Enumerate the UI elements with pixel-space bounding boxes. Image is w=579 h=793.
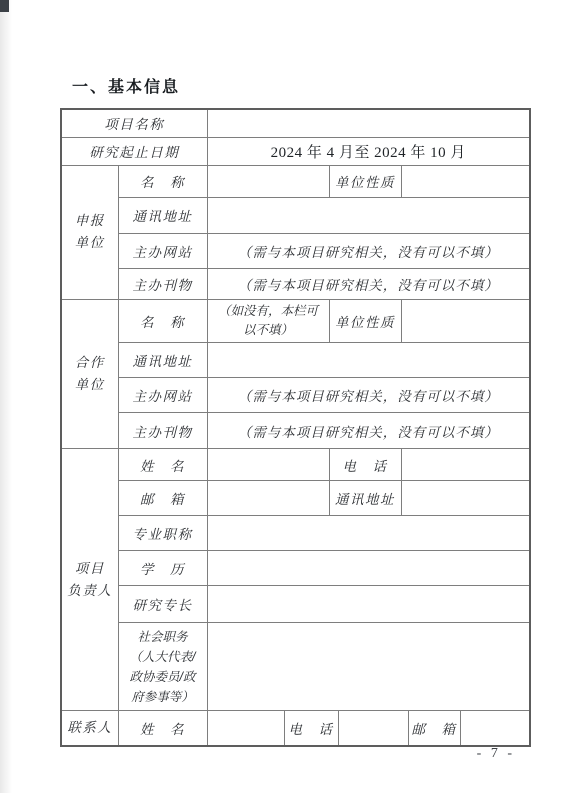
row-leader-specialty: 研究专长: [61, 586, 530, 623]
row-partner-address: 通讯地址: [61, 343, 530, 378]
applicant-publication-hint: （需与本项目研究相关，没有可以不填）: [207, 268, 530, 299]
section-title: 一、基本信息: [72, 74, 180, 97]
partner-group-line1: 合作: [65, 352, 115, 374]
contact-email-value-cell: [460, 711, 530, 746]
leader-group-label: 项目 负责人: [61, 449, 118, 711]
applicant-unit-nature-label: 单位性质: [329, 165, 401, 197]
research-period-label: 研究起止日期: [61, 137, 207, 165]
leader-name-value-cell: [207, 449, 329, 481]
applicant-group-label: 申报 单位: [61, 165, 118, 299]
applicant-group-line2: 单位: [65, 232, 115, 254]
partner-address-label: 通讯地址: [118, 343, 207, 378]
applicant-address-label: 通讯地址: [118, 197, 207, 233]
row-contact: 联系人 姓 名 电 话 邮 箱: [61, 711, 530, 746]
partner-name-hint-line1: （如没有，本栏可: [211, 302, 326, 321]
leader-email-value-cell: [207, 481, 329, 516]
partner-group-label: 合作 单位: [61, 299, 118, 449]
row-leader-email: 邮 箱 通讯地址: [61, 481, 530, 516]
partner-group-line2: 单位: [65, 374, 115, 396]
leader-specialty-label: 研究专长: [118, 586, 207, 623]
partner-name-hint-line2: 以不填）: [211, 321, 326, 340]
leader-address-label: 通讯地址: [329, 481, 401, 516]
project-name-label: 项目名称: [61, 109, 207, 137]
row-partner-publication: 主办刊物 （需与本项目研究相关，没有可以不填）: [61, 413, 530, 449]
applicant-name-value-cell: [207, 165, 329, 197]
leader-phone-label: 电 话: [329, 449, 401, 481]
applicant-website-label: 主办网站: [118, 233, 207, 268]
applicant-publication-label: 主办刊物: [118, 268, 207, 299]
applicant-website-hint: （需与本项目研究相关，没有可以不填）: [207, 233, 530, 268]
contact-group-label: 联系人: [61, 711, 118, 746]
scan-artifact-corner: [0, 0, 9, 12]
partner-name-label: 名 称: [118, 299, 207, 343]
row-applicant-website: 主办网站 （需与本项目研究相关，没有可以不填）: [61, 233, 530, 268]
row-leader-name: 项目 负责人 姓 名 电 话: [61, 449, 530, 481]
applicant-unit-nature-value-cell: [401, 165, 530, 197]
leader-social-line3: 政协委员/政: [122, 667, 204, 687]
leader-specialty-value-cell: [207, 586, 530, 623]
partner-unit-nature-label: 单位性质: [329, 299, 401, 343]
leader-phone-value-cell: [401, 449, 530, 481]
research-period-value: 2024 年 4 月至 2024 年 10 月: [207, 137, 530, 165]
leader-social-line1: 社会职务: [122, 627, 204, 647]
leader-education-value-cell: [207, 551, 530, 586]
partner-publication-label: 主办刊物: [118, 413, 207, 449]
contact-name-value-cell: [207, 711, 284, 746]
row-project-name: 项目名称: [61, 109, 530, 137]
partner-unit-nature-value-cell: [401, 299, 530, 343]
leader-name-label: 姓 名: [118, 449, 207, 481]
basic-info-table: 项目名称 研究起止日期 2024 年 4 月至 2024 年 10 月 申报 单…: [60, 108, 531, 747]
leader-social-label: 社会职务 （人大代表/ 政协委员/政 府参事等）: [118, 623, 207, 711]
leader-education-label: 学 历: [118, 551, 207, 586]
page-number: - 7 -: [477, 746, 515, 762]
contact-phone-label: 电 话: [284, 711, 338, 746]
partner-address-value-cell: [207, 343, 530, 378]
leader-group-line2: 负责人: [65, 580, 115, 602]
leader-social-line4: 府参事等）: [122, 687, 204, 707]
leader-email-label: 邮 箱: [118, 481, 207, 516]
row-research-period: 研究起止日期 2024 年 4 月至 2024 年 10 月: [61, 137, 530, 165]
row-applicant-publication: 主办刊物 （需与本项目研究相关，没有可以不填）: [61, 268, 530, 299]
applicant-group-line1: 申报: [65, 210, 115, 232]
partner-publication-hint: （需与本项目研究相关，没有可以不填）: [207, 413, 530, 449]
applicant-name-label: 名 称: [118, 165, 207, 197]
contact-name-label: 姓 名: [118, 711, 207, 746]
project-name-value-cell: [207, 109, 530, 137]
row-applicant-address: 通讯地址: [61, 197, 530, 233]
partner-name-hint: （如没有，本栏可 以不填）: [207, 299, 329, 343]
scanned-form-page: 一、基本信息 项目名称 研究起止日期 2024 年 4 月至 2024 年 10…: [0, 0, 579, 793]
row-leader-title: 专业职称: [61, 516, 530, 551]
row-applicant-name: 申报 单位 名 称 单位性质: [61, 165, 530, 197]
row-partner-website: 主办网站 （需与本项目研究相关，没有可以不填）: [61, 378, 530, 413]
row-partner-name: 合作 单位 名 称 （如没有，本栏可 以不填） 单位性质: [61, 299, 530, 343]
leader-address-value-cell: [401, 481, 530, 516]
leader-title-value-cell: [207, 516, 530, 551]
leader-group-line1: 项目: [65, 558, 115, 580]
leader-title-label: 专业职称: [118, 516, 207, 551]
row-leader-education: 学 历: [61, 551, 530, 586]
contact-phone-value-cell: [338, 711, 408, 746]
leader-social-value-cell: [207, 623, 530, 711]
partner-website-label: 主办网站: [118, 378, 207, 413]
partner-website-hint: （需与本项目研究相关，没有可以不填）: [207, 378, 530, 413]
contact-email-label: 邮 箱: [408, 711, 460, 746]
row-leader-social: 社会职务 （人大代表/ 政协委员/政 府参事等）: [61, 623, 530, 711]
leader-social-line2: （人大代表/: [122, 647, 204, 667]
applicant-address-value-cell: [207, 197, 530, 233]
